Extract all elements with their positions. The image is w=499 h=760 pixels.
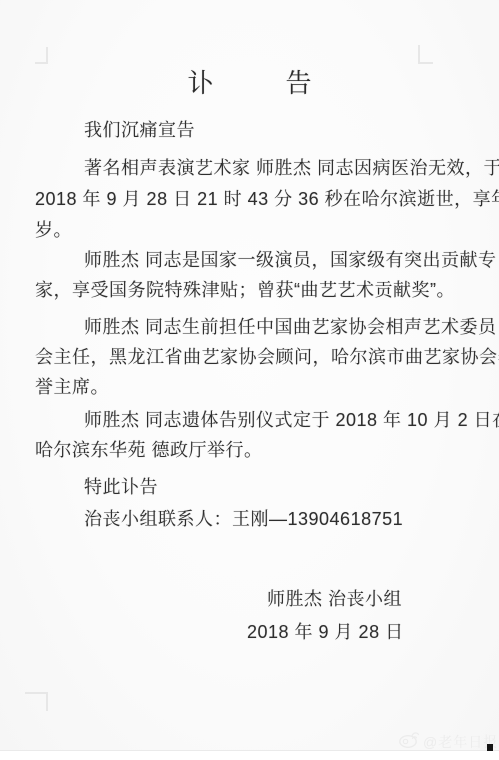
para4-line1: 师胜杰 同志遗体告别仪式定于 2018 年 10 月 2 日在 (84, 409, 499, 431)
closing-line: 特此讣告 (84, 476, 158, 498)
para1-line2: 2018 年 9 月 28 日 21 时 43 分 36 秒在哈尔滨逝世，享年 … (35, 188, 499, 210)
para1-line3: 岁。 (35, 219, 72, 241)
opening-line: 我们沉痛宣告 (84, 119, 195, 141)
date-line: 2018 年 9 月 28 日 (247, 621, 404, 643)
para3-line2: 会主任，黑龙江省曲艺家协会顾问，哈尔滨市曲艺家协会名 (35, 346, 499, 368)
contact-line: 治丧小组联系人：王刚—13904618751 (84, 508, 403, 530)
para3-line3: 誉主席。 (35, 376, 109, 398)
obituary-document-photo: 讣 告 我们沉痛宣告 著名相声表演艺术家 师胜杰 同志因病医治无效，于 2018… (0, 0, 499, 760)
corner-dot (487, 744, 493, 751)
photo-bottom-strip (0, 751, 499, 760)
para3-line1: 师胜杰 同志生前担任中国曲艺家协会相声艺术委员 (84, 316, 497, 338)
notice-title: 讣 告 (0, 68, 499, 98)
para2-line1: 师胜杰 同志是国家一级演员，国家级有突出贡献专 (84, 249, 497, 271)
crop-mark-top-left (35, 47, 48, 64)
para1-line1: 著名相声表演艺术家 师胜杰 同志因病医治无效，于 (84, 157, 499, 179)
title-char-left: 讣 (187, 68, 213, 98)
signature-line: 师胜杰 治丧小组 (267, 588, 402, 610)
para2-line2: 家，享受国务院特殊津贴；曾获“曲艺艺术贡献奖”。 (35, 279, 455, 301)
para4-line2: 哈尔滨东华苑 德政厅举行。 (35, 439, 263, 461)
crop-mark-top-right (418, 45, 433, 64)
crop-mark-bottom-left (25, 692, 48, 711)
title-char-right: 告 (286, 68, 312, 98)
